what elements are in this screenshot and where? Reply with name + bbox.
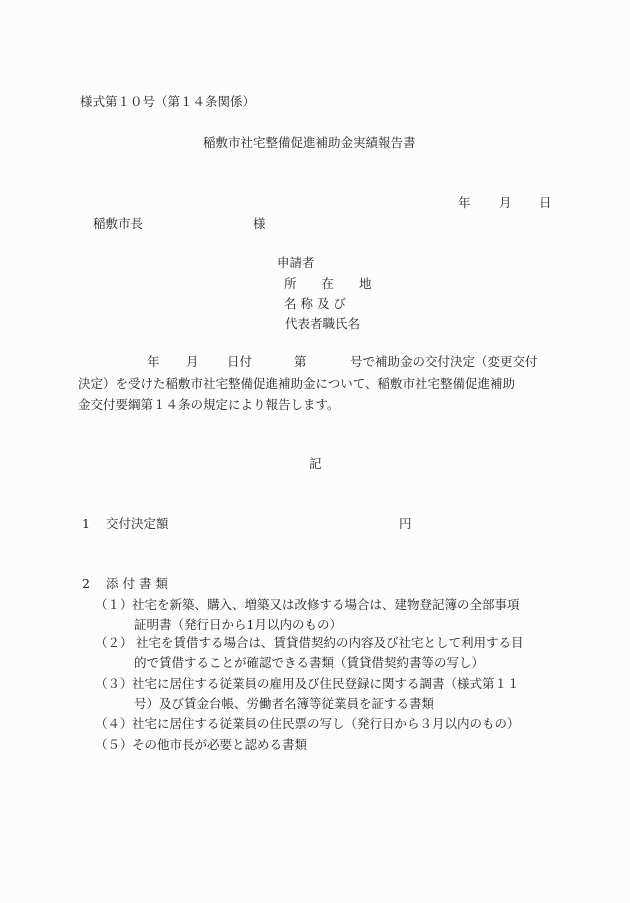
attachment-item-line2: 号）及び賃金台帳、労働者名簿等従業員を証する書類 — [134, 698, 434, 711]
attachment-item-line2: 証明書（発行日から1月以内のもの） — [134, 619, 342, 632]
ki-heading: 記 — [309, 458, 322, 471]
attachment-item-number: （４） — [95, 718, 133, 731]
attachment-item-line1: 社宅を賃借する場合は、賃貸借契約の内容及び社宅として利用する目 — [132, 637, 523, 650]
addressee-name: 稲敷市長 — [93, 218, 143, 231]
date-month-label: 月 — [499, 197, 512, 210]
section-1-label: 交付決定額 — [106, 518, 169, 531]
body-month: 月 — [186, 356, 199, 369]
attachment-item-number: （１） — [95, 599, 133, 612]
date-year-label: 年 — [458, 197, 471, 210]
section-1-number: 1 — [82, 518, 90, 531]
body-line3: 金交付要綱第１４条の規定により報告します。 — [78, 399, 340, 412]
body-day: 日付 — [227, 356, 252, 369]
body-line1-rest: 号で補助金の交付決定（変更交付 — [350, 356, 538, 369]
applicant-heading: 申請者 — [277, 257, 315, 270]
applicant-name-label-1: 名 称 及 び — [284, 298, 346, 311]
section-2-number: 2 — [82, 578, 90, 591]
section-2-label: 添 付 書 類 — [106, 578, 168, 591]
attachment-item-line1: 社宅に居住する従業員の雇用及び住民登録に関する調書（様式第１１ — [132, 678, 520, 691]
attachment-item-line2: 的で賃借することが確認できる書類（賃貸借契約書等の写し） — [134, 657, 484, 670]
attachment-item-number: （２） — [95, 637, 133, 650]
body-line2: 決定）を受けた稲敷市社宅整備促進補助金について、稲敷市社宅整備促進補助 — [78, 378, 515, 391]
date-day-label: 日 — [539, 197, 552, 210]
attachment-item-line1: 社宅に居住する従業員の住民票の写し（発行日から３月以内のもの） — [132, 718, 520, 731]
attachment-item-line1: その他市長が必要と認める書類 — [132, 739, 307, 752]
applicant-address-label: 所 在 地 — [284, 278, 372, 291]
form-number: 様式第１０号（第１４条関係） — [80, 96, 255, 109]
document-title: 稲敷市社宅整備促進補助金実績報告書 — [203, 137, 416, 150]
addressee-honorific: 様 — [253, 218, 266, 231]
body-no: 第 — [294, 356, 307, 369]
attachment-item-number: （５） — [95, 739, 133, 752]
section-1-unit: 円 — [399, 518, 412, 531]
attachment-item-number: （３） — [95, 678, 133, 691]
attachment-item-line1: 社宅を新築、購入、増築又は改修する場合は、建物登記簿の全部事項 — [132, 599, 520, 612]
applicant-name-label-2: 代表者職氏名 — [285, 318, 360, 331]
body-year: 年 — [147, 356, 160, 369]
